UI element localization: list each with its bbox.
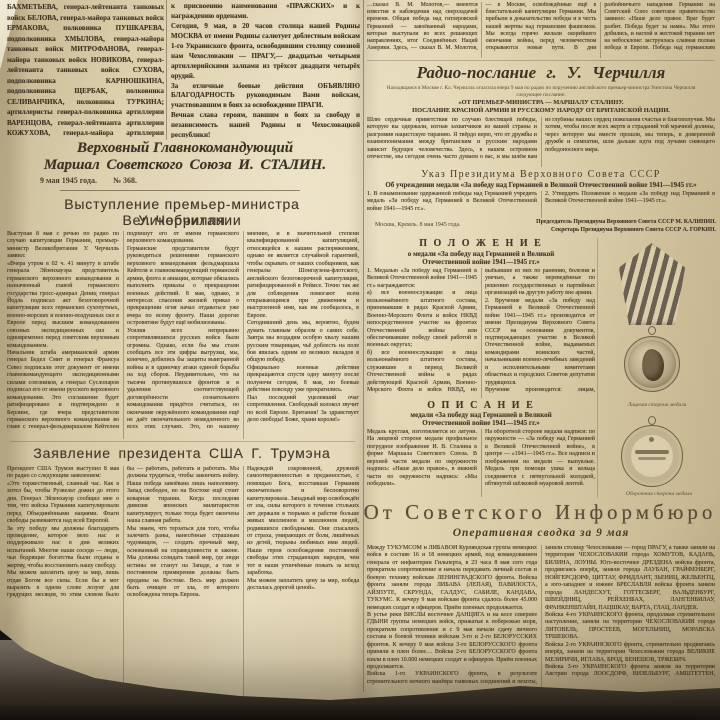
churchill-speech-title-line2: У. Черчилля — [8, 212, 356, 228]
polozhenie-body: 1. Медалью «За победу над Германией в Ве… — [367, 268, 595, 398]
column-rule — [597, 238, 598, 498]
radio-message-dateline: Находящаяся в Москве г. Кл. Черчилль огл… — [377, 85, 705, 98]
ukaz-body: 1. В ознаменование одержанной победы над… — [367, 191, 715, 218]
issue-date-line: 9 мая 1945 года. № 368. — [40, 176, 260, 185]
medal-front-loop-image — [648, 326, 656, 335]
order-text-column: к присвоению наименования «ПРАЖСКИХ» и к… — [171, 2, 360, 138]
opisanie-sub1: медали «За победу над Германией в Велико… — [367, 411, 595, 419]
stalin-profile-relief — [640, 348, 665, 382]
ukaz-title: Об учреждении медали «За победу над Герм… — [365, 181, 717, 189]
polozhenie-sub1: о медали «За победу над Германией в Вели… — [367, 250, 595, 258]
informburo-body: Между ТУКУМСОМ и ЛИБАВОЙ Курляндская гру… — [367, 545, 715, 687]
radio-message-title: Радио-послание г. У. Черчилля — [367, 63, 715, 83]
truman-statement-body: Президент США Трумэн выступил 8 мая по р… — [7, 466, 359, 696]
section-rule — [10, 441, 355, 442]
ukaz-signature1: Председатель Президиума Верховного Совет… — [470, 219, 716, 225]
section-rule — [60, 190, 300, 191]
medal-front-caption: Лицевая сторона медали — [598, 402, 716, 408]
page-center-rule — [363, 0, 364, 692]
opisanie-sub2: Отечественной войне 1941—1945 гг.» — [367, 419, 595, 427]
newspaper-photo: БАХМЕТЬЕВА, генерал-лейтенанта танковых … — [0, 0, 720, 720]
polozhenie-heading: П О Л О Ж Е Н И Е — [367, 238, 595, 249]
medal-back-caption: Оборотная сторона медали — [598, 491, 720, 497]
radio-message-address1: «ОТ ПРЕМЬЕР-МИНИСТРА — МАРШАЛУ СТАЛИНУ. — [377, 99, 705, 106]
opisanie-heading: О П И С А Н И Е — [367, 400, 595, 411]
informburo-subtitle: Оперативная сводка за 9 мая — [367, 527, 715, 539]
medal-back-loop-image — [648, 416, 656, 425]
opisanie-body: Медаль круглая, изготовляется из латуни.… — [367, 429, 595, 497]
medal-front-image — [624, 336, 680, 392]
stalin-signature-line2: Маршал Советского Союза И. СТАЛИН. — [20, 157, 350, 174]
radio-message-address2: ПОСЛАНИЕ КРАСНОЙ АРМИИ И РУССКОМУ НАРОДУ… — [377, 107, 705, 114]
truman-statement-title: Заявление президента США Г. Трумэна — [8, 445, 356, 461]
polozhenie-sub2: Отечественной войне 1941—1945 гг.» — [367, 258, 595, 266]
radio-message-body: Шлю сердечные приветствия по случаю блес… — [367, 117, 715, 167]
churchill-speech-body: Выступая 8 мая с речью по радио по случа… — [7, 231, 359, 439]
informburo-title: От Советского Информбюро — [362, 500, 718, 525]
medal-back-inscription — [635, 450, 669, 454]
newspaper-page: БАХМЕТЬЕВА, генерал-лейтенанта танковых … — [0, 0, 720, 720]
column-rule — [166, 0, 167, 140]
medal-front-ribbon-image — [616, 243, 688, 325]
ukaz-signature2: Секретарь Президиума Верховного Совета С… — [470, 227, 716, 233]
ukaz-kicker: Указ Президиума Верховного Совета СССР — [367, 169, 715, 180]
medal-back-inscription — [638, 457, 666, 460]
stalin-signature-line1: Верховный Главнокомандующий — [20, 140, 350, 157]
order-commanders-column: БАХМЕТЬЕВА, генерал-лейтенанта танковых … — [7, 2, 164, 138]
medal-back-image — [621, 425, 683, 487]
medal-back-star — [649, 437, 654, 442]
molotov-article-columns: …сказал В. М. Молотов,— имеются известия… — [367, 2, 715, 58]
section-rule — [367, 60, 715, 61]
